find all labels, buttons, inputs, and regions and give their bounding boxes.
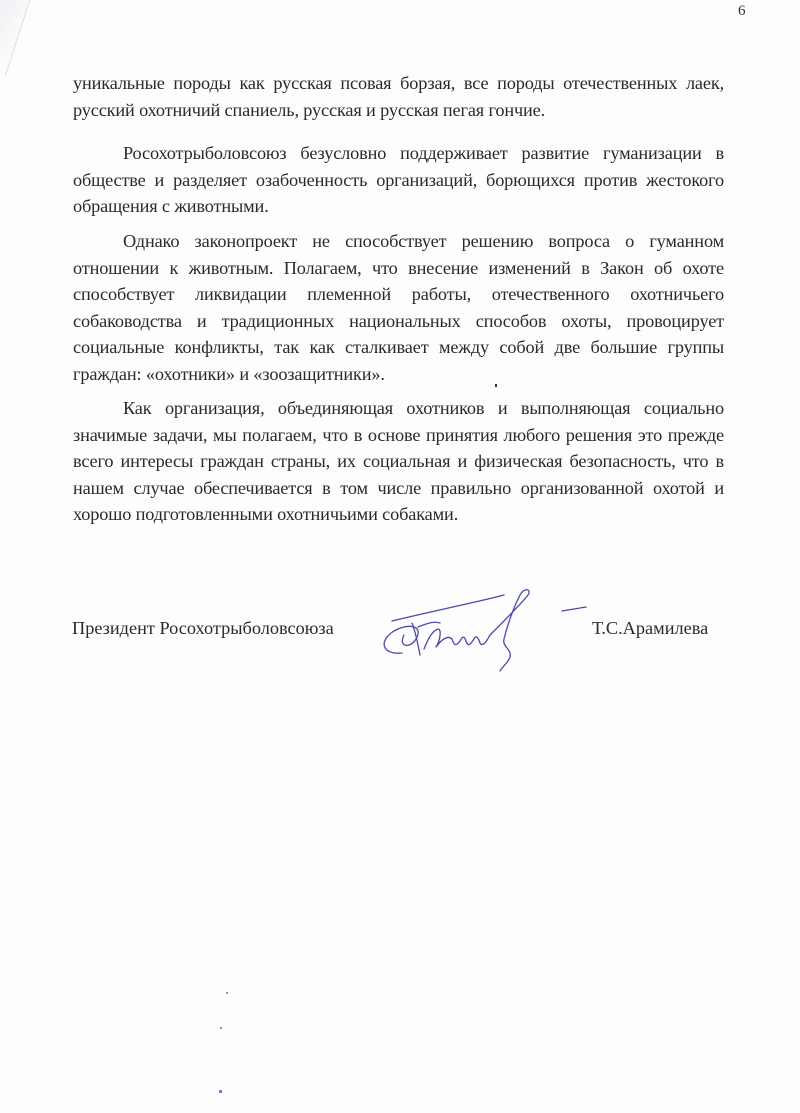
page-curl-edge — [0, 0, 34, 76]
paragraph-text: уникальные породы как русская псовая бор… — [73, 70, 724, 123]
scan-mark — [495, 384, 497, 387]
scan-speck — [219, 1090, 222, 1093]
page-number: 6 — [738, 3, 746, 20]
paragraph-organization-position: Как организация, объединяющая охотников … — [73, 395, 724, 528]
handwritten-signature-icon — [372, 583, 592, 673]
paragraph-support-humanization: Росохотрыболовсоюз безусловно поддержива… — [73, 140, 724, 220]
paragraph-text: Росохотрыболовсоюз безусловно поддержива… — [73, 140, 724, 220]
scan-speck — [220, 1027, 222, 1029]
paragraph-text: Как организация, объединяющая охотников … — [73, 395, 724, 528]
paragraph-text: Однако законопроект не способствует реше… — [73, 228, 724, 388]
signature-block: Президент Росохотрыболовсоюза Т.С.Арамил… — [72, 608, 732, 668]
paragraph-bill-objection: Однако законопроект не способствует реше… — [73, 228, 724, 388]
paragraph-continuation: уникальные породы как русская псовая бор… — [73, 70, 724, 123]
signer-title: Президент Росохотрыболовсоюза — [72, 618, 334, 639]
signer-name: Т.С.Арамилева — [592, 618, 708, 639]
scan-speck — [226, 992, 228, 994]
